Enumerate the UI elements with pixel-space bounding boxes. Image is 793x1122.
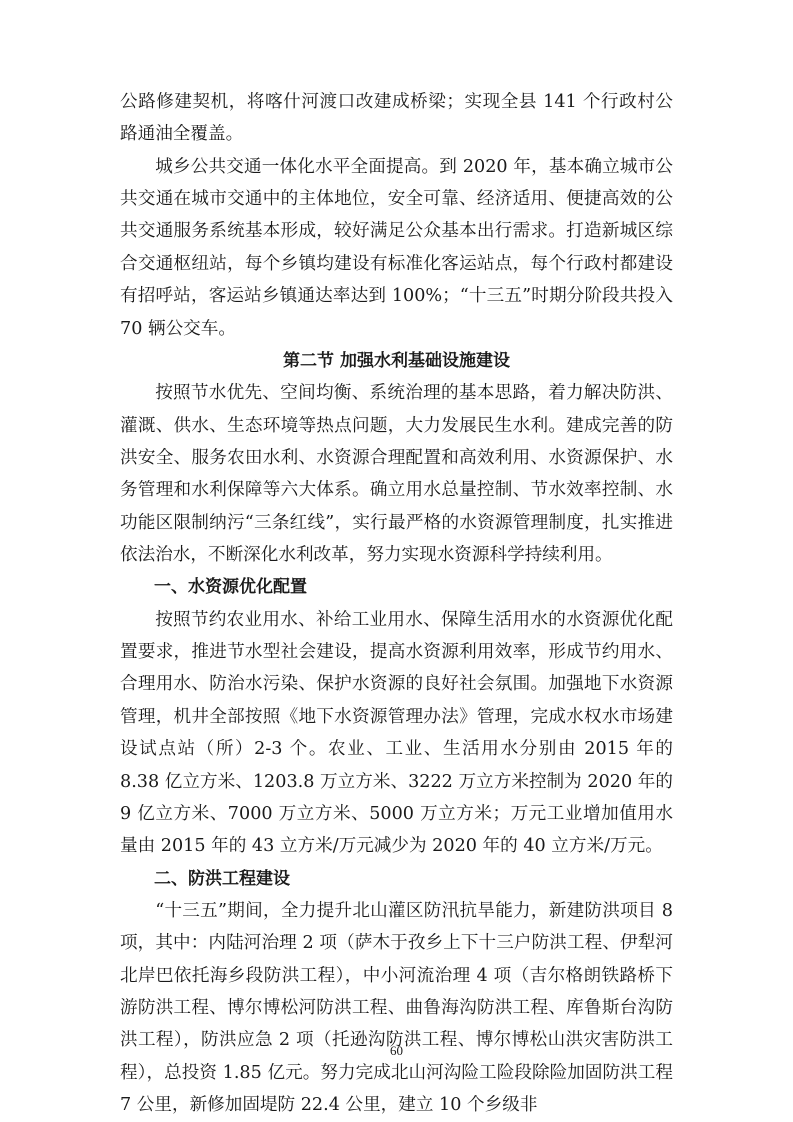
- paragraph-water-principles: 按照节水优先、空间均衡、系统治理的基本思路，着力解决防洪、灌溉、供水、生态环境等…: [120, 377, 673, 571]
- paragraph-water-allocation: 按照节约农业用水、补给工业用水、保障生活用水的水资源优化配置要求，推进节水型社会…: [120, 604, 673, 863]
- document-page: 公路修建契机，将喀什河渡口改建成桥梁；实现全县 141 个行政村公路通油全覆盖。…: [120, 86, 673, 1122]
- section-title-water-infrastructure: 第二节 加强水利基础设施建设: [120, 345, 673, 377]
- subsection-title-water-allocation: 一、水资源优化配置: [120, 571, 673, 603]
- paragraph-public-transport: 城乡公共交通一体化水平全面提高。到 2020 年，基本确立城市公共交通在城市交通…: [120, 151, 673, 345]
- paragraph-flood-control: “十三五”期间，全力提升北山灌区防汛抗旱能力，新建防洪项目 8 项，其中：内陆河…: [120, 895, 673, 1122]
- page-number: 60: [0, 1043, 793, 1059]
- paragraph-road-coverage: 公路修建契机，将喀什河渡口改建成桥梁；实现全县 141 个行政村公路通油全覆盖。: [120, 86, 673, 151]
- subsection-title-flood-control: 二、防洪工程建设: [120, 863, 673, 895]
